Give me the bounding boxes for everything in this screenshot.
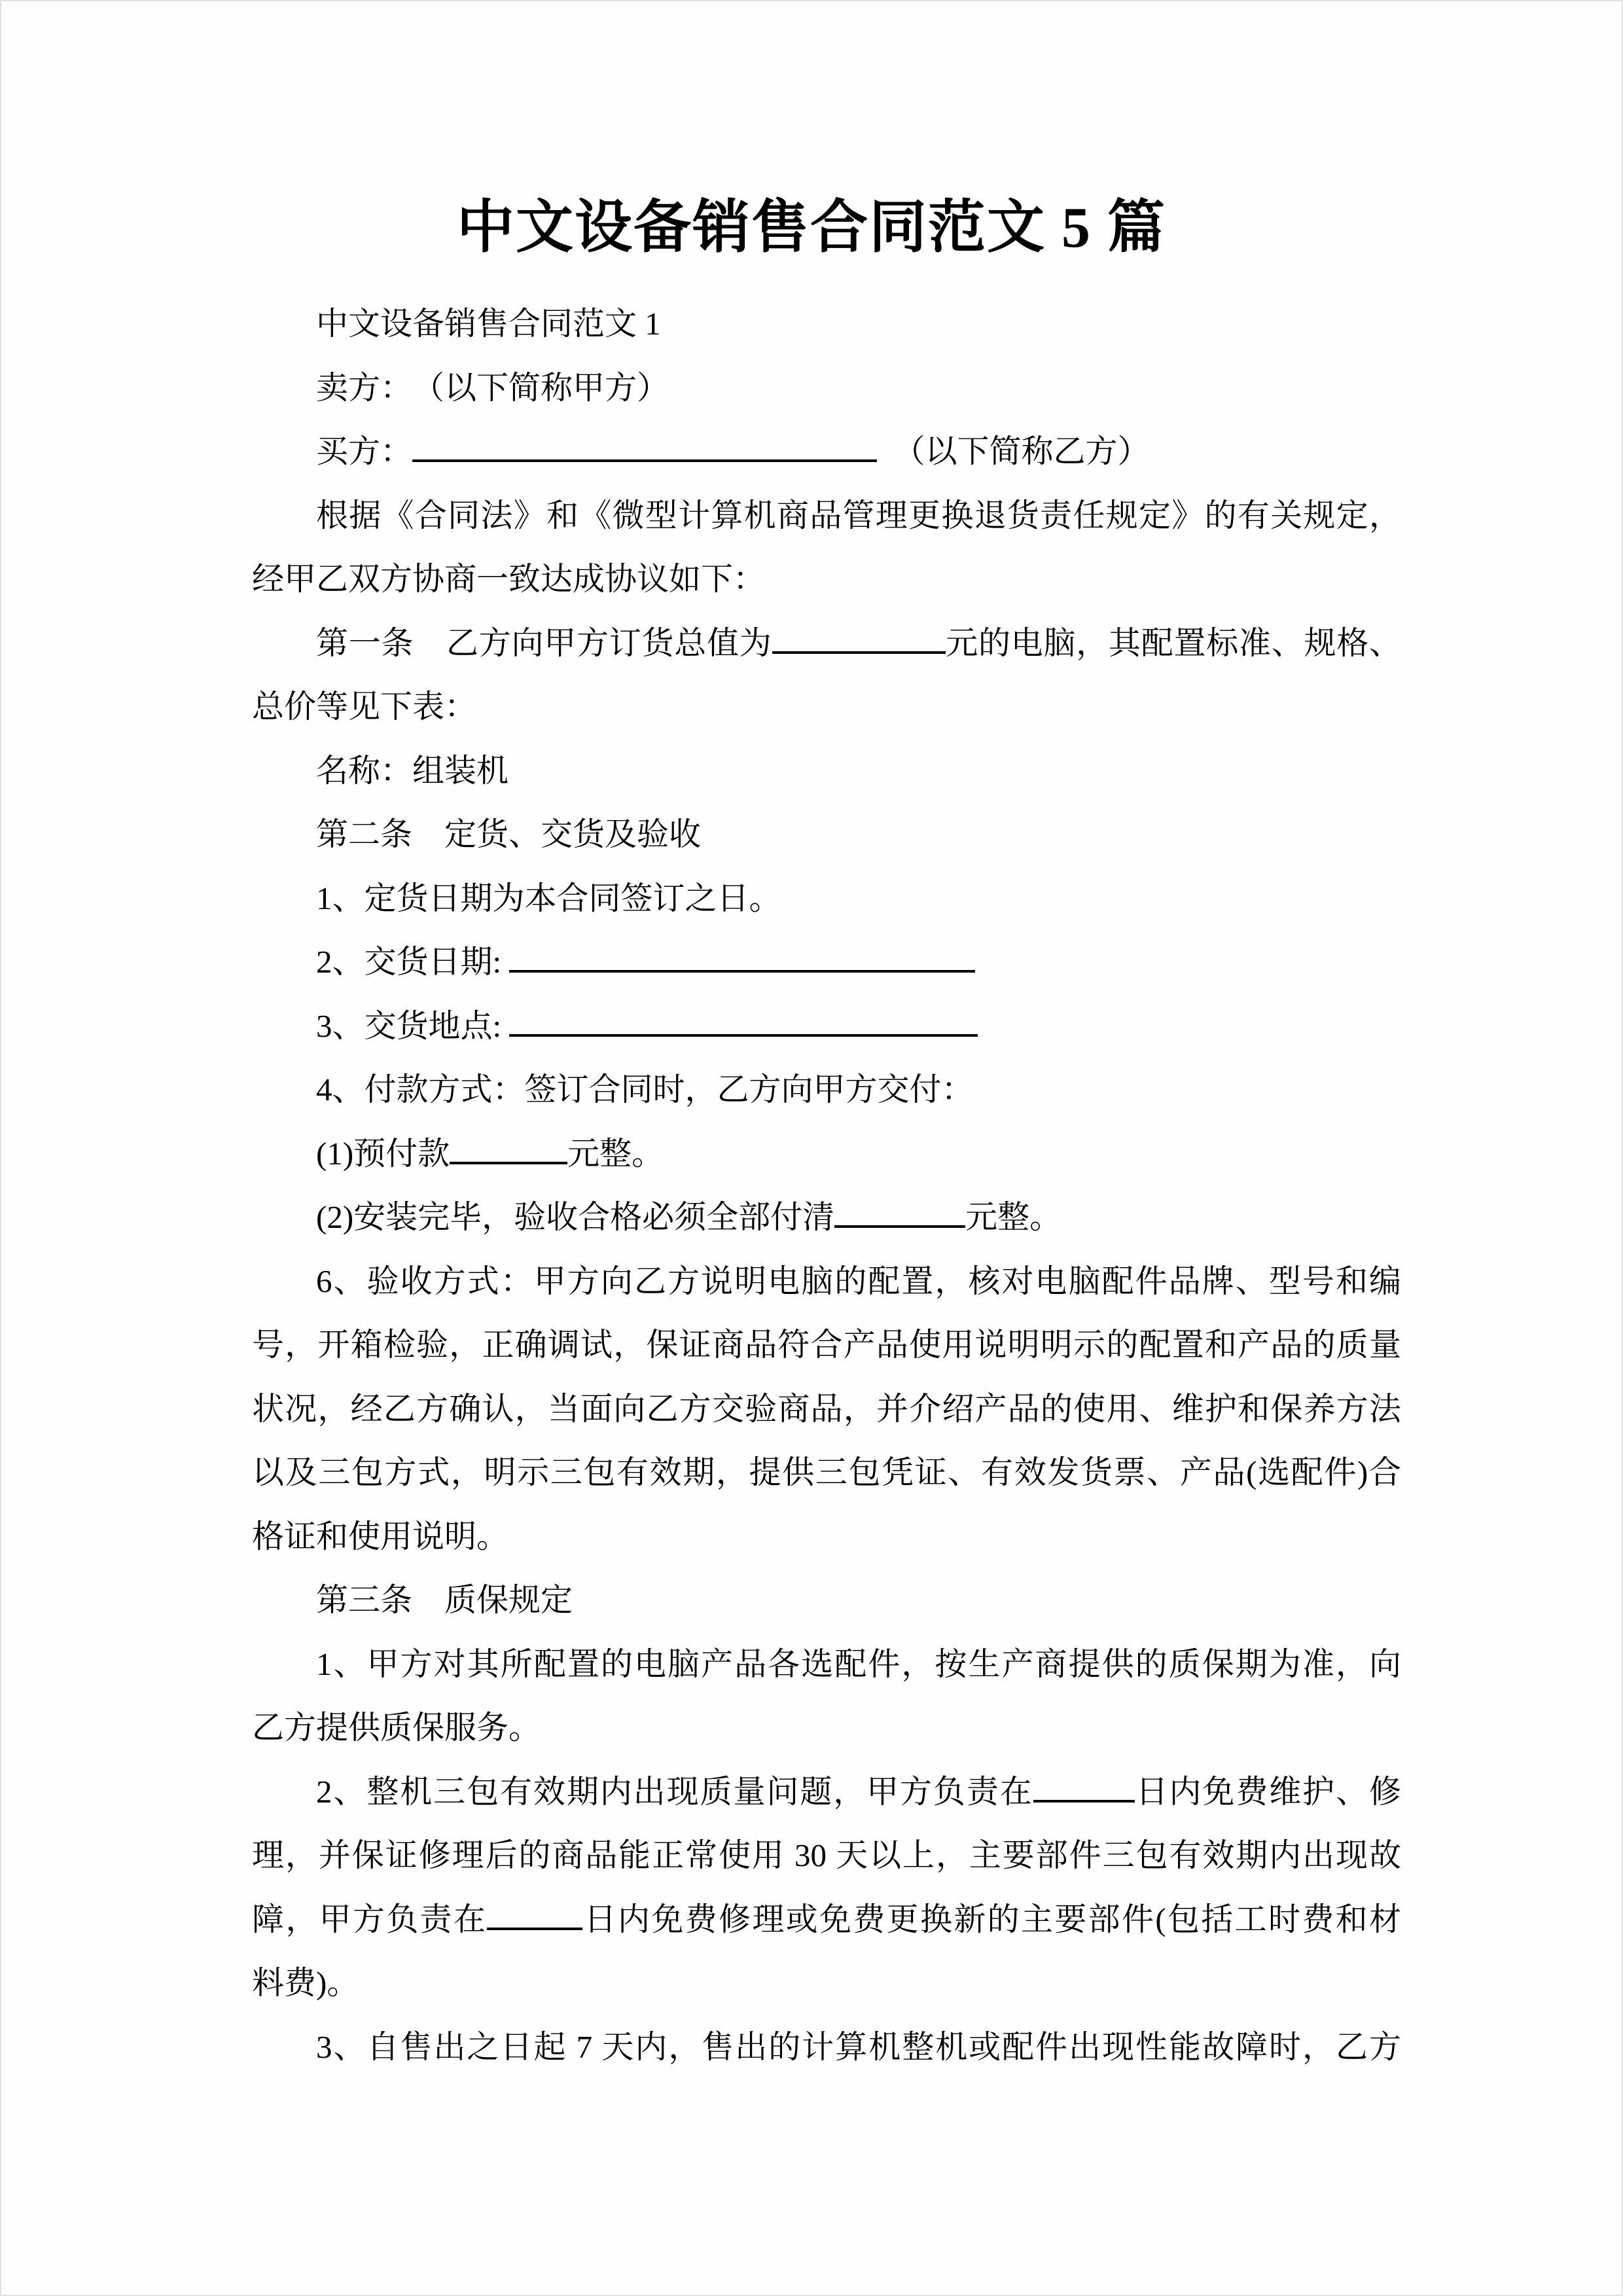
text-segment: 日内免费维护、修 [1135, 1774, 1401, 1810]
preamble-line-1: 根据《合同法》和《微型计算机商品管理更换退货责任规定》的有关规定， [252, 484, 1401, 548]
article2-item-6-line-4: 以及三包方式，明示三包有效期，提供三包凭证、有效发货票、产品(选配件)合 [252, 1441, 1401, 1505]
article1-line-2: 总价等见下表： [252, 675, 1401, 739]
text-segment: (2)安装完毕，验收合格必须全部付清 [316, 1199, 834, 1235]
text-segment: 元整。 [567, 1136, 664, 1172]
blank-underline [772, 645, 946, 654]
text-segment: 买方： [316, 433, 412, 469]
text-segment: 元整。 [965, 1199, 1061, 1235]
payment-sub-1: (1)预付款元整。 [252, 1122, 1401, 1186]
text-segment: 元的电脑，其配置标准、规格、 [946, 625, 1402, 661]
text-segment: 总价等见下表： [252, 689, 476, 725]
text-segment: （以下简称乙方） [877, 433, 1150, 469]
subtitle-line: 中文设备销售合同范文 1 [252, 292, 1401, 356]
article2-item-2: 2、交货日期: [252, 930, 1401, 994]
text-segment: 4、付款方式：签订合同时，乙方向甲方交付： [316, 1071, 974, 1107]
text-segment: 障，甲方负责在 [252, 1901, 487, 1937]
article2-item-6-line-3: 状况，经乙方确认，当面向乙方交验商品，并介绍产品的使用、维护和保养方法 [252, 1377, 1401, 1441]
text-segment: 料费)。 [252, 1965, 359, 2001]
article2-item-4: 4、付款方式：签订合同时，乙方向甲方交付： [252, 1058, 1401, 1122]
text-segment: 3、交货地点: [316, 1008, 509, 1044]
article3-item-1-line-2: 乙方提供质保服务。 [252, 1696, 1401, 1760]
document-body: 中文设备销售合同范文 1卖方： （以下简称甲方）买方： （以下简称乙方）根据《合… [252, 292, 1401, 2079]
seller-line: 卖方： （以下简称甲方） [252, 356, 1401, 420]
text-segment: 根据《合同法》和《微型计算机商品管理更换退货责任规定》的有关规定， [316, 497, 1401, 533]
text-segment: 第三条 质保规定 [316, 1582, 573, 1618]
blank-underline [450, 1155, 567, 1164]
text-segment: 经甲乙双方协商一致达成协议如下： [252, 561, 765, 597]
article2-item-6-line-2: 号，开箱检验，正确调试，保证商品符合产品使用说明明示的配置和产品的质量 [252, 1313, 1401, 1377]
text-segment: 乙方提供质保服务。 [252, 1710, 541, 1746]
text-segment: 名称：组装机 [316, 753, 508, 789]
article2-item-3: 3、交货地点: [252, 994, 1401, 1058]
text-segment: 卖方： （以下简称甲方） [316, 370, 669, 406]
text-segment: 3、自售出之日起 7 天内，售出的计算机整机或配件出现性能故障时，乙方 [316, 2029, 1401, 2065]
article2-item-1: 1、定货日期为本合同签订之日。 [252, 867, 1401, 931]
text-segment: 中文设备销售合同范文 1 [316, 306, 661, 342]
article3-item-2-line-1: 2、整机三包有效期内出现质量问题，甲方负责在日内免费维护、修 [252, 1760, 1401, 1824]
text-segment: 号，开箱检验，正确调试，保证商品符合产品使用说明明示的配置和产品的质量 [252, 1327, 1401, 1363]
blank-underline [487, 1921, 582, 1930]
payment-sub-2: (2)安装完毕，验收合格必须全部付清元整。 [252, 1185, 1401, 1249]
text-segment: 第一条 乙方向甲方订货总值为 [316, 625, 772, 661]
article2-heading: 第二条 定货、交货及验收 [252, 802, 1401, 867]
blank-underline [834, 1219, 965, 1228]
text-segment: 状况，经乙方确认，当面向乙方交验商品，并介绍产品的使用、维护和保养方法 [252, 1391, 1401, 1427]
text-segment: 日内免费修理或免费更换新的主要部件(包括工时费和材 [582, 1901, 1401, 1937]
article2-item-6-line-5: 格证和使用说明。 [252, 1505, 1401, 1569]
article3-heading: 第三条 质保规定 [252, 1568, 1401, 1632]
text-segment: 第二条 定货、交货及验收 [316, 816, 701, 852]
document-page: 中文设备销售合同范文 5 篇 中文设备销售合同范文 1卖方： （以下简称甲方）买… [0, 0, 1623, 2296]
article3-item-2-line-3: 障，甲方负责在日内免费修理或免费更换新的主要部件(包括工时费和材 [252, 1888, 1401, 1952]
text-segment: 以及三包方式，明示三包有效期，提供三包凭证、有效发货票、产品(选配件)合 [252, 1454, 1401, 1490]
text-segment: 理，并保证修理后的商品能正常使用 30 天以上，主要部件三包有效期内出现故 [252, 1837, 1401, 1873]
product-name-line: 名称：组装机 [252, 739, 1401, 803]
text-segment: 格证和使用说明。 [252, 1518, 508, 1554]
text-segment: (1)预付款 [316, 1136, 450, 1172]
document-title: 中文设备销售合同范文 5 篇 [0, 195, 1623, 261]
blank-underline [509, 963, 975, 973]
blank-underline [509, 1028, 978, 1037]
blank-underline [1033, 1793, 1135, 1803]
article3-item-2-line-4: 料费)。 [252, 1951, 1401, 2015]
article3-item-2-line-2: 理，并保证修理后的商品能正常使用 30 天以上，主要部件三包有效期内出现故 [252, 1823, 1401, 1888]
blank-underline [412, 453, 877, 462]
article3-item-1-line-1: 1、甲方对其所配置的电脑产品各选配件，按生产商提供的质保期为准，向 [252, 1632, 1401, 1696]
buyer-line: 买方： （以下简称乙方） [252, 420, 1401, 484]
article2-item-6-line-1: 6、验收方式：甲方向乙方说明电脑的配置，核对电脑配件品牌、型号和编 [252, 1249, 1401, 1314]
text-segment: 2、交货日期: [316, 944, 509, 980]
text-segment: 1、甲方对其所配置的电脑产品各选配件，按生产商提供的质保期为准，向 [316, 1646, 1401, 1682]
text-segment: 2、整机三包有效期内出现质量问题，甲方负责在 [316, 1774, 1033, 1810]
article3-item-3-line-1: 3、自售出之日起 7 天内，售出的计算机整机或配件出现性能故障时，乙方 [252, 2015, 1401, 2079]
article1-line-1: 第一条 乙方向甲方订货总值为元的电脑，其配置标准、规格、 [252, 611, 1401, 675]
text-segment: 1、定货日期为本合同签订之日。 [316, 880, 781, 916]
preamble-line-2: 经甲乙双方协商一致达成协议如下： [252, 547, 1401, 611]
text-segment: 6、验收方式：甲方向乙方说明电脑的配置，核对电脑配件品牌、型号和编 [316, 1263, 1401, 1299]
